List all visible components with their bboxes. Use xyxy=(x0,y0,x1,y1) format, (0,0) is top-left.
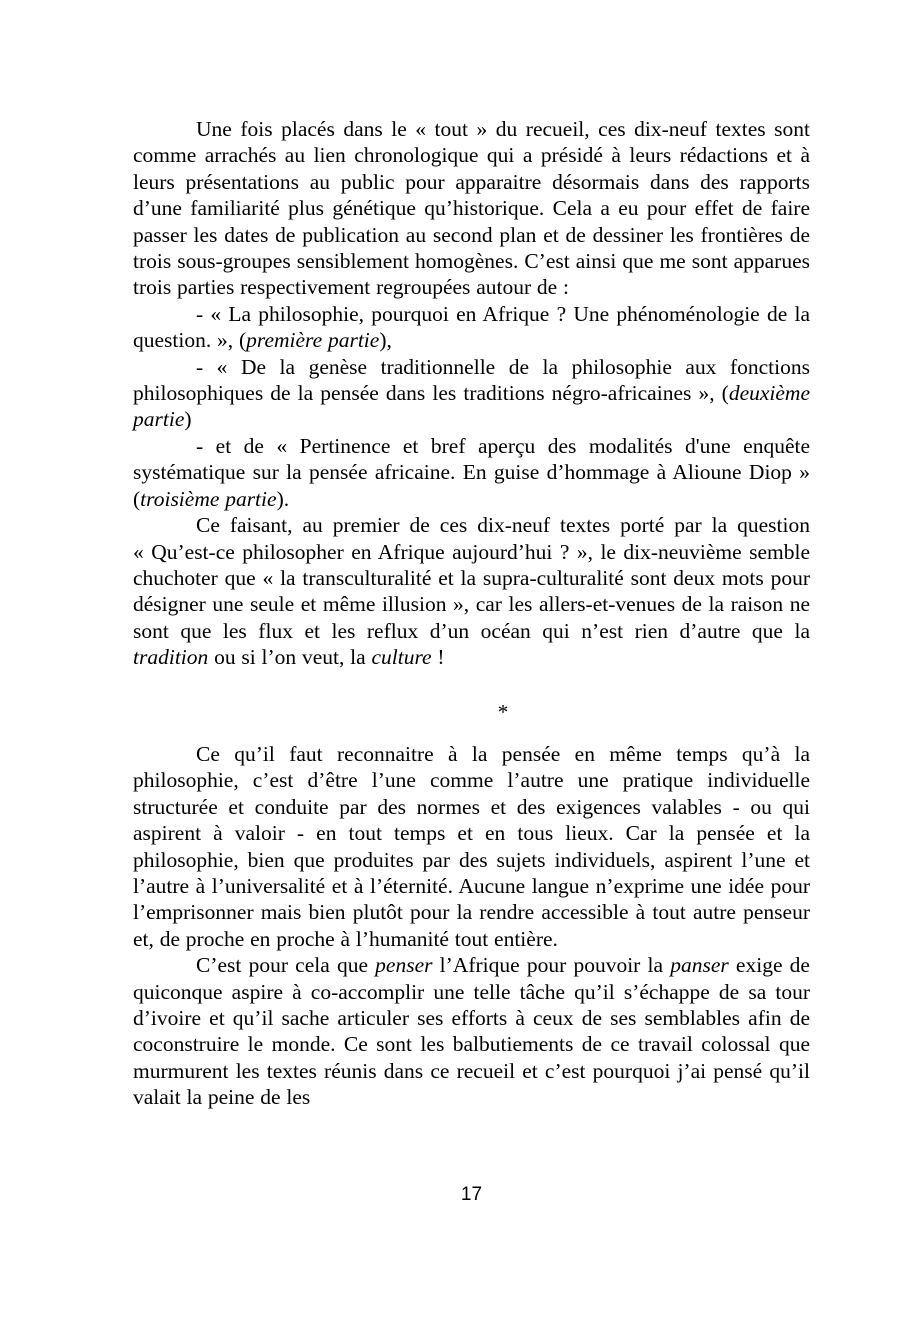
italic-text-run: panser xyxy=(670,953,729,977)
paragraph: - et de « Pertinence et bref aperçu des … xyxy=(133,433,810,512)
text-run: ), xyxy=(379,328,392,352)
italic-text-run: penser xyxy=(375,953,432,977)
text-run: l’Afrique pour pouvoir la xyxy=(433,953,671,977)
section-separator: * xyxy=(133,699,810,725)
paragraph: Une fois placés dans le « tout » du recu… xyxy=(133,116,810,301)
italic-text-run: tradition xyxy=(133,645,208,669)
text-run: - « La philosophie, pourquoi en Afrique … xyxy=(133,302,810,352)
text-run: ) xyxy=(184,407,191,431)
text-run: C’est pour cela que xyxy=(196,953,375,977)
page-number: 17 xyxy=(461,1184,482,1205)
paragraph: C’est pour cela que penser l’Afrique pou… xyxy=(133,952,810,1110)
book-page: Une fois placés dans le « tout » du recu… xyxy=(0,0,921,1317)
paragraph: Ce faisant, au premier de ces dix-neuf t… xyxy=(133,512,810,670)
text-run: ). xyxy=(277,487,290,511)
text-run: Ce qu’il faut reconnaitre à la pensée en… xyxy=(133,742,810,951)
paragraph: - « De la genèse traditionnelle de la ph… xyxy=(133,354,810,433)
text-run: ! xyxy=(432,645,445,669)
page-footer: 17 xyxy=(133,1184,810,1206)
paragraph: - « La philosophie, pourquoi en Afrique … xyxy=(133,301,810,354)
text-run: ou si l’on veut, la xyxy=(208,645,371,669)
text-run: Ce faisant, au premier de ces dix-neuf t… xyxy=(133,513,810,643)
paragraph: Ce qu’il faut reconnaitre à la pensée en… xyxy=(133,741,810,952)
text-run: - « De la genèse traditionnelle de la ph… xyxy=(133,355,810,405)
italic-text-run: première partie xyxy=(246,328,379,352)
italic-text-run: culture xyxy=(371,645,431,669)
text-block: Une fois placés dans le « tout » du recu… xyxy=(133,116,810,1111)
text-run: Une fois placés dans le « tout » du recu… xyxy=(133,117,810,299)
italic-text-run: troisième partie xyxy=(140,487,276,511)
text-run: * xyxy=(498,700,509,724)
